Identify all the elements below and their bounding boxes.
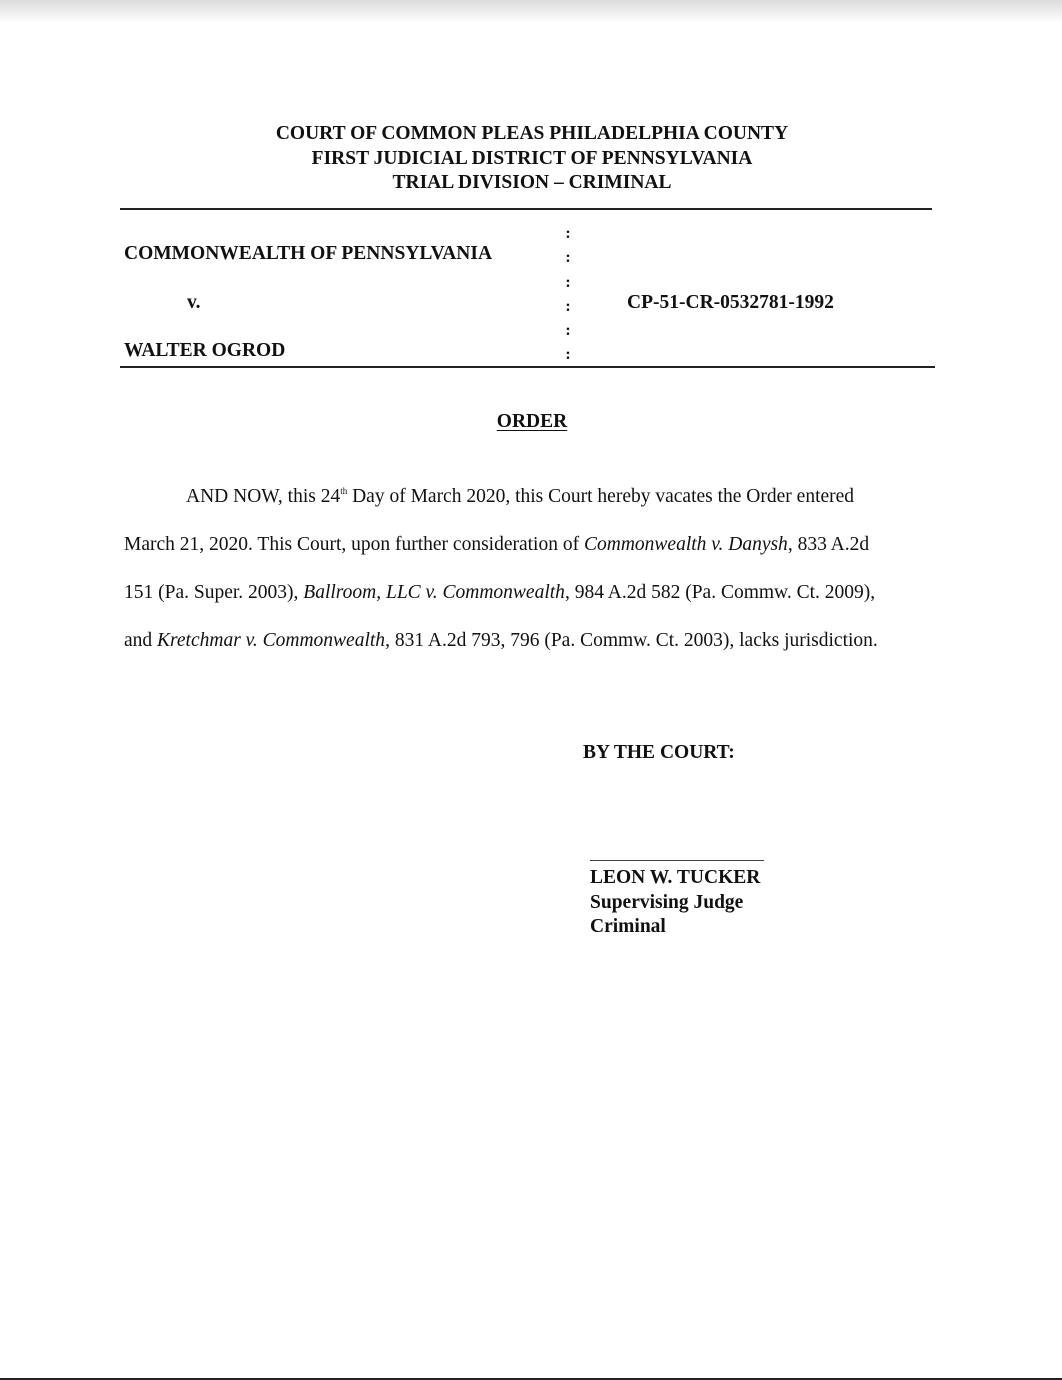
colon-separator: :: [563, 343, 573, 367]
order-paragraph: AND NOW, this 24th Day of March 2020, th…: [124, 473, 940, 665]
case-citation: Ballroom, LLC v. Commonwealth: [303, 582, 565, 603]
docket-number: CP-51-CR-0532781-1992: [627, 292, 834, 314]
colon-separator: :: [563, 295, 573, 319]
text-run: , 984 A.2d 582 (Pa. Commw. Ct. 2009),: [565, 582, 875, 603]
caption-colon-column: : : : : : :: [563, 222, 573, 368]
text-run: 151 (Pa. Super. 2003),: [124, 582, 303, 603]
text-run: and: [124, 630, 157, 651]
court-name: COURT OF COMMON PLEAS PHILADELPHIA COUNT…: [0, 122, 1062, 147]
paragraph-line: and Kretchmar v. Commonwealth, 831 A.2d …: [124, 617, 940, 665]
colon-separator: :: [563, 271, 573, 295]
division: TRIAL DIVISION – CRIMINAL: [0, 171, 1062, 196]
colon-separator: :: [563, 319, 573, 343]
case-citation: Kretchmar v. Commonwealth: [157, 630, 385, 651]
colon-separator: :: [563, 222, 573, 246]
text-run: , 833 A.2d: [788, 534, 869, 555]
order-title: ORDER: [497, 411, 567, 432]
signature-line: [590, 860, 764, 861]
case-citation: Commonwealth v. Danysh: [584, 534, 788, 555]
judge-division: Criminal: [590, 915, 760, 940]
text-run: AND NOW, this 24: [186, 486, 340, 507]
judge-title: Supervising Judge: [590, 891, 760, 916]
text-run: March 21, 2020. This Court, upon further…: [124, 534, 584, 555]
by-the-court-label: BY THE COURT:: [583, 742, 735, 764]
order-heading: ORDER: [0, 411, 1062, 433]
versus-label: v.: [187, 292, 201, 314]
colon-separator: :: [563, 246, 573, 270]
text-run: , 831 A.2d 793, 796 (Pa. Commw. Ct. 2003…: [385, 630, 878, 651]
viewer-top-shadow: [0, 0, 1062, 22]
text-run: Day of March 2020, this Court hereby vac…: [347, 486, 854, 507]
judge-name: LEON W. TUCKER: [590, 866, 760, 891]
defendant-name: WALTER OGROD: [124, 340, 285, 362]
paragraph-line: 151 (Pa. Super. 2003), Ballroom, LLC v. …: [124, 569, 940, 617]
paragraph-line: AND NOW, this 24th Day of March 2020, th…: [124, 473, 940, 521]
judge-signature-block: LEON W. TUCKER Supervising Judge Crimina…: [590, 866, 760, 940]
caption-bottom-rule: [120, 366, 935, 368]
judicial-district: FIRST JUDICIAL DISTRICT OF PENNSYLVANIA: [0, 147, 1062, 172]
paragraph-line: March 21, 2020. This Court, upon further…: [124, 521, 940, 569]
plaintiff-name: COMMONWEALTH OF PENNSYLVANIA: [124, 243, 492, 265]
court-caption: COURT OF COMMON PLEAS PHILADELPHIA COUNT…: [0, 122, 1062, 196]
caption-top-rule: [120, 208, 932, 210]
